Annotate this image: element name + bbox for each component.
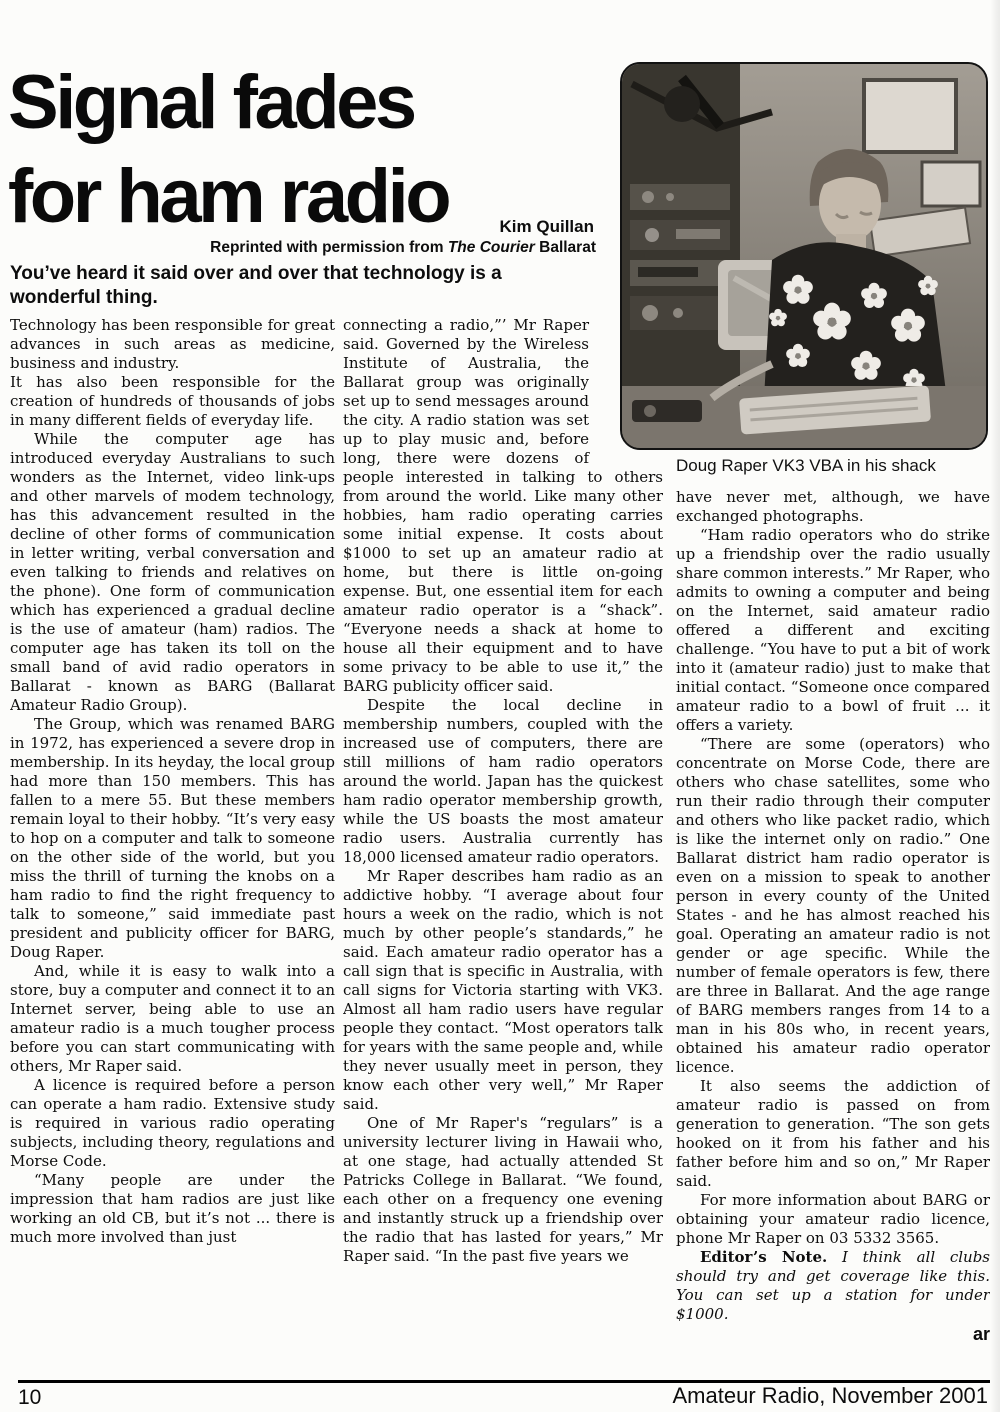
byline: Kim Quillan bbox=[150, 216, 594, 237]
article-paragraph: For more information about BARG or obtai… bbox=[676, 1191, 990, 1248]
article-column-1: Technology has been responsible for grea… bbox=[10, 316, 335, 1376]
photo-image bbox=[620, 62, 988, 450]
article-column-2: connecting a radio,”’ Mr Raper said. Gov… bbox=[343, 316, 663, 1376]
article-paragraph: It has also been responsible for the cre… bbox=[10, 373, 335, 430]
photo-wrap-spacer bbox=[589, 316, 663, 468]
reprint-source-title: The Courier bbox=[448, 239, 535, 256]
editors-note-label: Editor’s Note. bbox=[700, 1248, 827, 1266]
headline-line-1: Signal fades bbox=[8, 56, 448, 150]
photo-figure: Doug Raper VK3 VBA in his shack bbox=[620, 62, 988, 476]
article-paragraph: One of Mr Raper's “regulars” is a univer… bbox=[343, 1114, 663, 1266]
article-paragraph: A licence is required before a person ca… bbox=[10, 1076, 335, 1171]
shack-photo-illustration bbox=[622, 64, 986, 448]
reprint-credit: Reprinted with permission from The Couri… bbox=[120, 238, 596, 257]
article-paragraph: The Group, which was renamed BARG in 197… bbox=[10, 715, 335, 962]
magazine-page: Signal fades for ham radio Kim Quillan R… bbox=[0, 0, 1000, 1412]
article-paragraph: While the computer age has introduced ev… bbox=[10, 430, 335, 715]
photo-caption: Doug Raper VK3 VBA in his shack bbox=[620, 456, 988, 476]
article-paragraph: Technology has been responsible for grea… bbox=[10, 316, 335, 373]
scan-edge-shadow bbox=[990, 0, 1000, 1412]
article-paragraph: Mr Raper describes ham radio as an addic… bbox=[343, 867, 663, 1114]
reprint-prefix: Reprinted with permission from bbox=[210, 239, 448, 256]
article-paragraph: have never met, although, we have exchan… bbox=[676, 488, 990, 526]
article-end-mark: ar bbox=[676, 1324, 990, 1344]
article-paragraph: Despite the local decline in membership … bbox=[343, 696, 663, 867]
article-paragraph: “Many people are under the impression th… bbox=[10, 1171, 335, 1247]
article-paragraph: “There are some (operators) who concentr… bbox=[676, 735, 990, 1077]
article-lede: You’ve heard it said over and over that … bbox=[10, 262, 590, 310]
page-number: 10 bbox=[18, 1386, 41, 1410]
article-paragraph: It also seems the addiction of amateur r… bbox=[676, 1077, 990, 1191]
article-column-3: have never met, although, we have exchan… bbox=[676, 488, 990, 1376]
article-paragraph: “Ham radio operators who do strike up a … bbox=[676, 526, 990, 735]
editors-note: Editor’s Note. I think all clubs should … bbox=[676, 1248, 990, 1324]
journal-title: Amateur Radio, November 2001 bbox=[673, 1383, 989, 1409]
article-paragraph: And, while it is easy to walk into a sto… bbox=[10, 962, 335, 1076]
reprint-suffix: Ballarat bbox=[535, 239, 596, 256]
